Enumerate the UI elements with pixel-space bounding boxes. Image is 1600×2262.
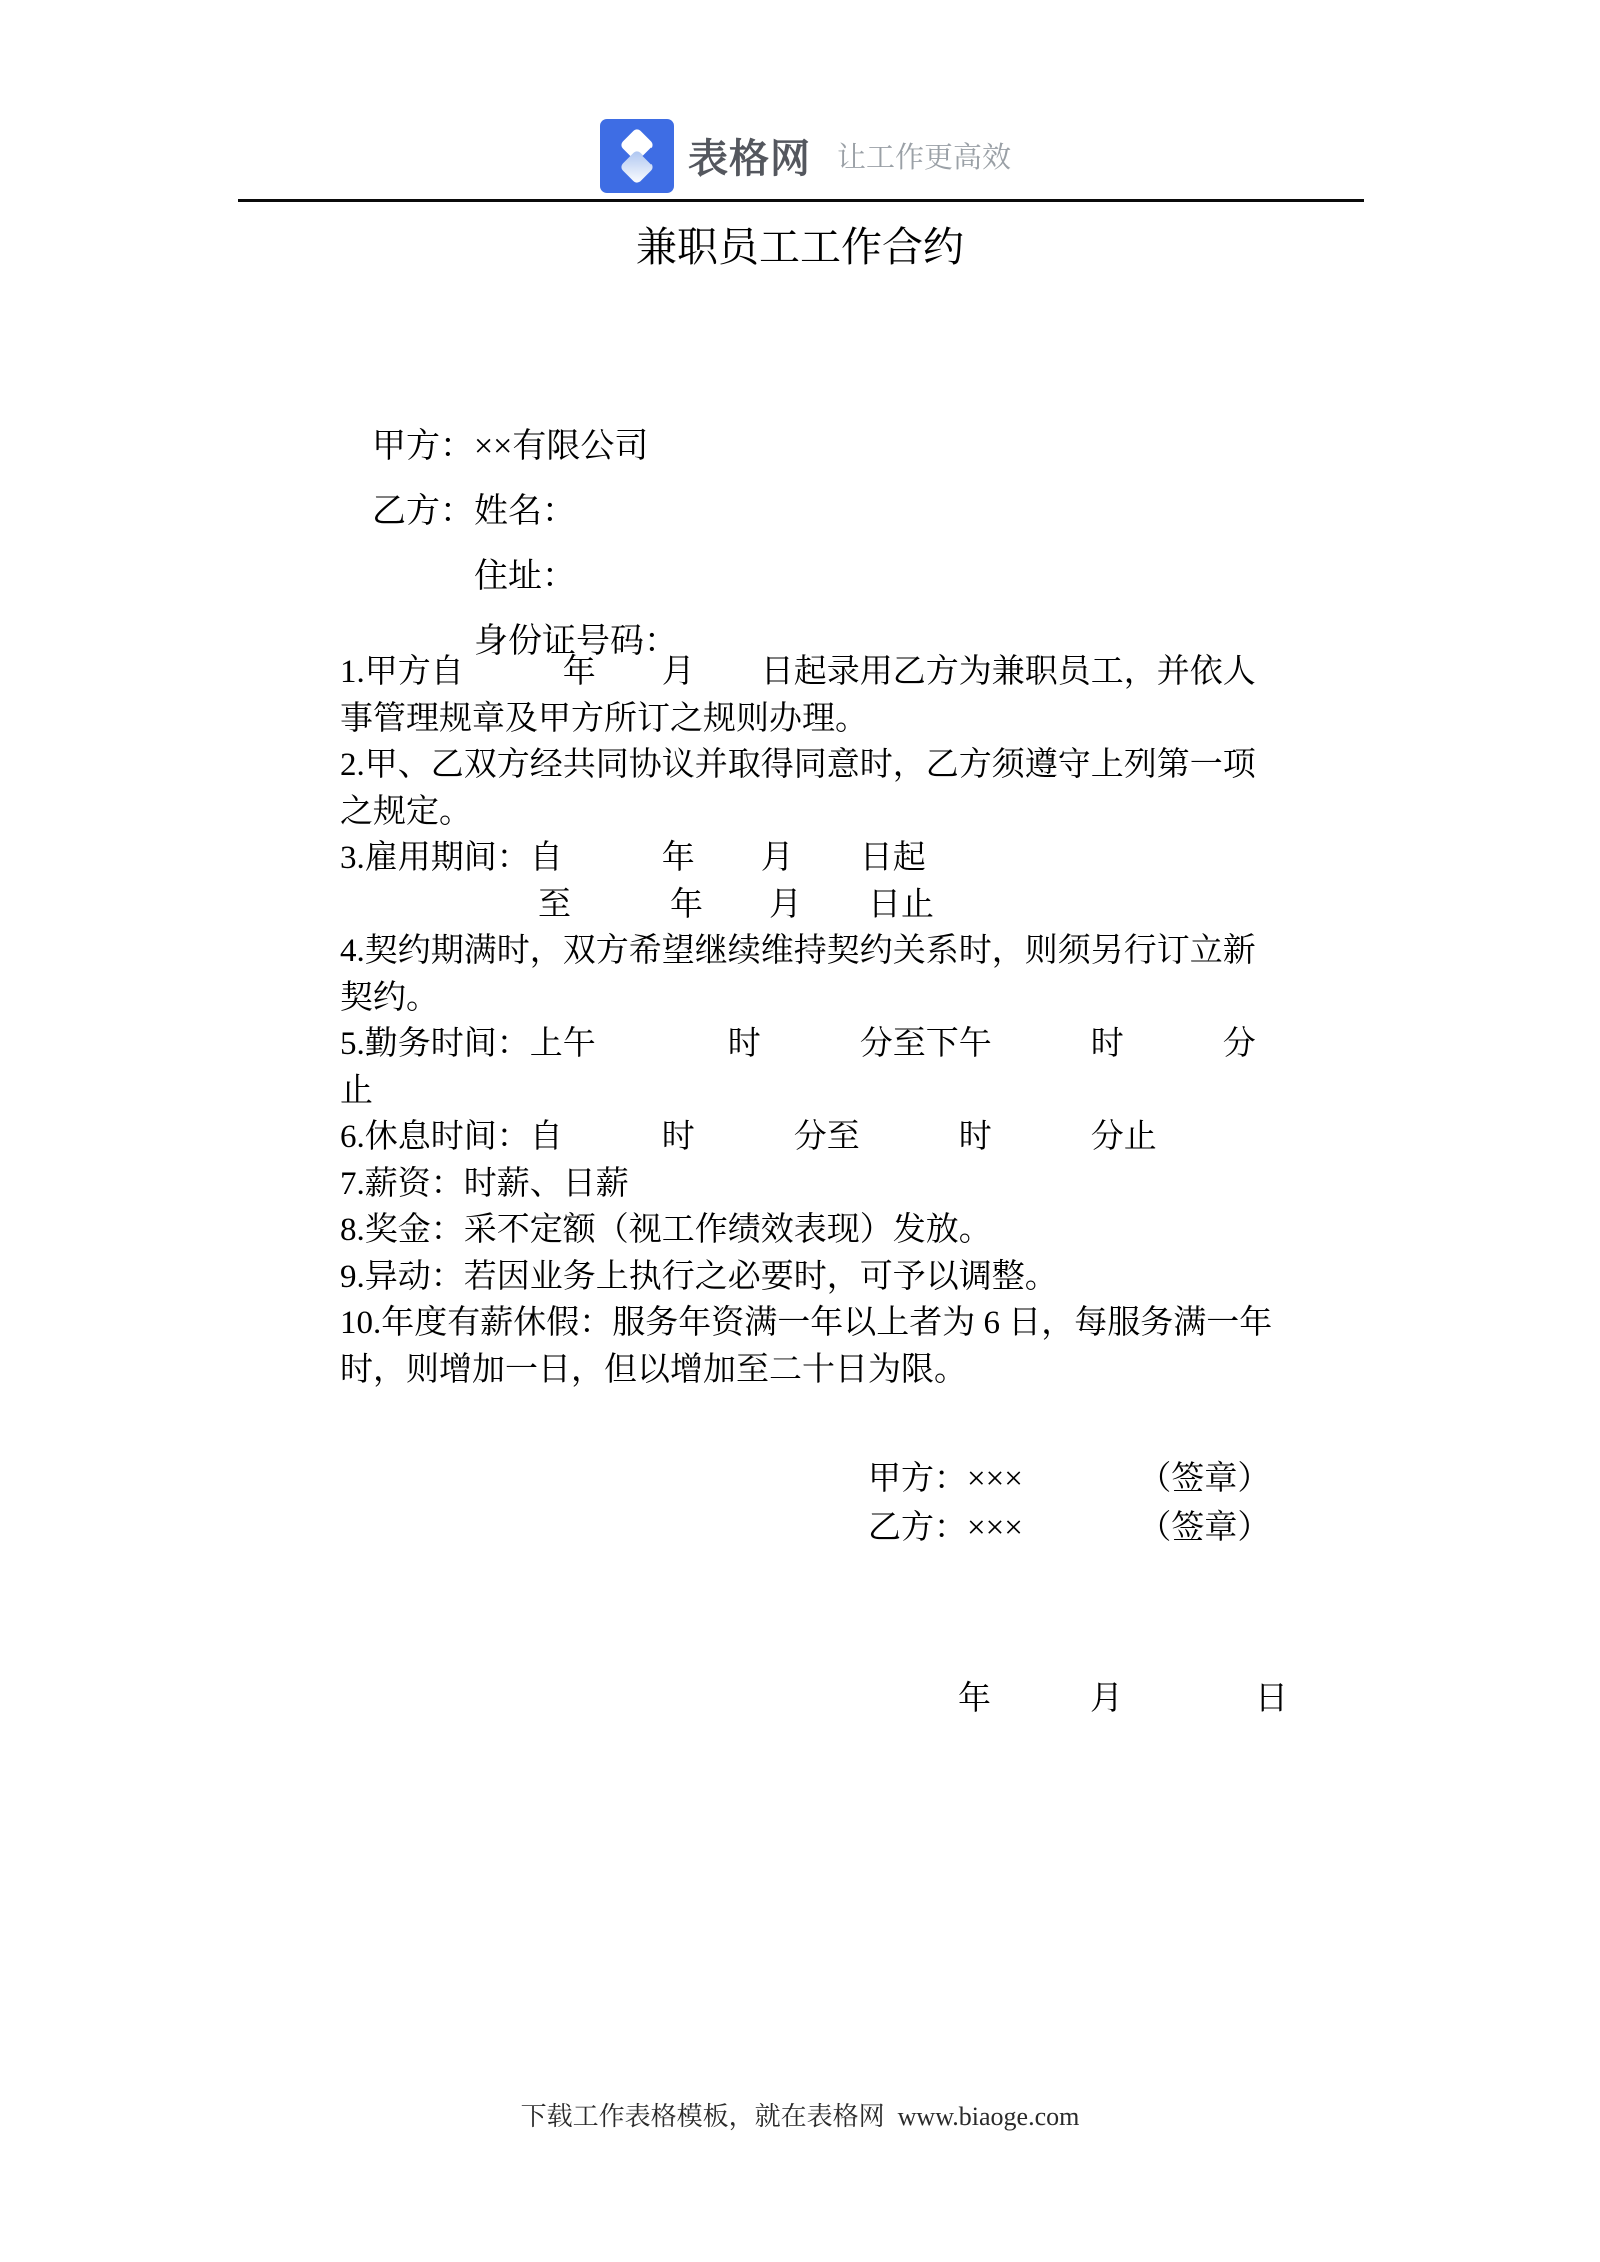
signature-line-party-b: 乙方：××× （签章）	[868, 1504, 1270, 1553]
party-line: 乙方：姓名：	[372, 479, 678, 544]
date-block: 年 月 日	[958, 1676, 1288, 1722]
party-line: 住址：	[372, 544, 678, 609]
clause-line: 契约。	[340, 975, 1290, 1022]
header-divider-line	[238, 199, 1364, 202]
biaoge-logo-icon	[600, 119, 674, 193]
clause-line: 事管理规章及甲方所订之规则办理。	[340, 696, 1290, 743]
clauses-block: 1.甲方自 年 月 日起录用乙方为兼职员工，并依人 事管理规章及甲方所订之规则办…	[340, 649, 1290, 1393]
party-line: 甲方：××有限公司	[372, 414, 678, 479]
clause-line: 1.甲方自 年 月 日起录用乙方为兼职员工，并依人	[340, 649, 1290, 696]
contract-document-page: { "header": { "brand": "表格网", "tagline":…	[0, 0, 1600, 2262]
page-title: 兼职员工工作合约	[0, 224, 1600, 270]
clause-line: 8.奖金：采不定额（视工作绩效表现）发放。	[340, 1207, 1290, 1254]
clause-line: 3.雇用期间：自 年 月 日起	[340, 835, 1290, 882]
clause-line: 时，则增加一日，但以增加至二十日为限。	[340, 1347, 1290, 1394]
clause-line: 至 年 月 日止	[340, 882, 1290, 929]
party-info-block: 甲方：××有限公司 乙方：姓名： 住址： 身份证号码：	[372, 414, 678, 674]
signature-block: 甲方：××× （签章） 乙方：××× （签章）	[868, 1455, 1270, 1553]
clause-line: 之规定。	[340, 789, 1290, 836]
clause-line: 10.年度有薪休假：服务年资满一年以上者为 6 日，每服务满一年	[340, 1300, 1290, 1347]
clause-line: 2.甲、乙双方经共同协议并取得同意时，乙方须遵守上列第一项	[340, 742, 1290, 789]
clause-line: 止	[340, 1068, 1290, 1115]
brand-header: 表格网 让工作更高效	[600, 118, 1011, 193]
brand-name: 表格网	[688, 127, 811, 184]
clause-line: 7.薪资：时薪、日薪	[340, 1161, 1290, 1208]
clause-line: 6.休息时间：自 时 分至 时 分止	[340, 1114, 1290, 1161]
brand-tagline: 让工作更高效	[837, 135, 1011, 176]
signature-line-party-a: 甲方：××× （签章）	[868, 1455, 1270, 1504]
clause-line: 9.异动：若因业务上执行之必要时，可予以调整。	[340, 1254, 1290, 1301]
footer-note: 下载工作表格模板，就在表格网 www.biaoge.com	[0, 2096, 1600, 2133]
clause-line: 5.勤务时间：上午 时 分至下午 时 分	[340, 1021, 1290, 1068]
date-line: 年 月 日	[958, 1676, 1288, 1722]
clause-line: 4.契约期满时，双方希望继续维持契约关系时，则须另行订立新	[340, 928, 1290, 975]
